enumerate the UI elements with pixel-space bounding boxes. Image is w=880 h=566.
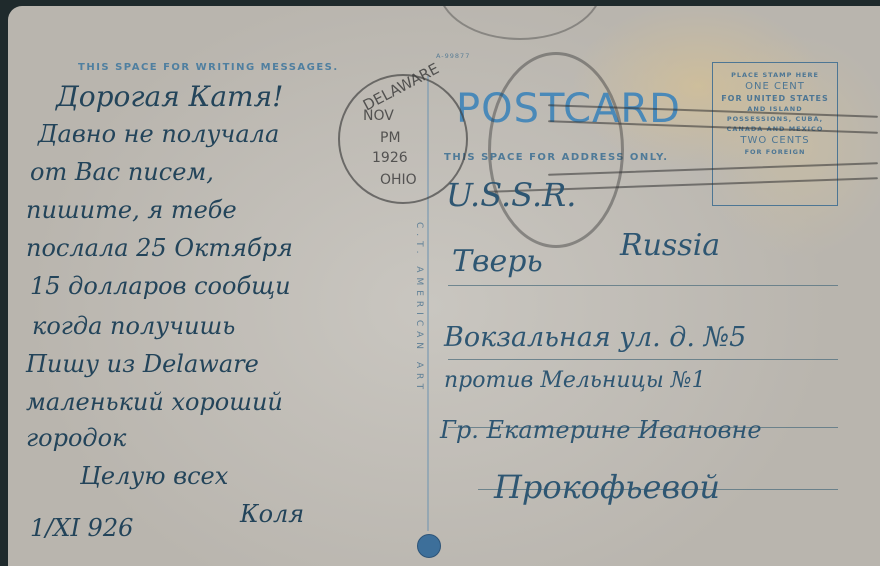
message-line: Дорогая Катя! — [56, 80, 283, 113]
postmark-state: OHIO — [380, 172, 417, 188]
message-line: Пишу из Delaware — [26, 350, 259, 378]
message-space-label: THIS SPACE FOR WRITING MESSAGES. — [78, 62, 339, 73]
address-line: Вокзальная ул. д. №5 — [444, 322, 746, 353]
stamp-box: PLACE STAMP HERE ONE CENT FOR UNITED STA… — [712, 62, 838, 206]
message-line: Давно не получала — [38, 120, 279, 148]
address-rule — [448, 359, 838, 360]
address-line: U.S.S.R. — [446, 176, 576, 214]
postmark-year: 1926 — [372, 150, 408, 166]
message-line: от Вас писем, — [30, 158, 214, 186]
message-line: пишите, я тебе — [26, 196, 237, 224]
address-line: против Мельницы №1 — [444, 368, 706, 393]
date-signature: 1/XI 926 — [30, 514, 133, 542]
publisher-logo-icon — [417, 534, 441, 558]
signature: Коля — [240, 500, 304, 528]
recipient-name: Гр. Екатерине Ивановне — [440, 416, 762, 444]
stamp-box-line: ONE CENT — [713, 81, 837, 92]
second-postmark — [488, 52, 624, 248]
address-rule — [448, 285, 838, 286]
address-line: Тверь — [452, 244, 543, 279]
message-line: маленький хороший — [26, 388, 283, 416]
message-line: когда получишь — [32, 312, 235, 340]
message-line: 15 долларов сообщи — [30, 272, 291, 300]
stamp-box-line: FOR UNITED STATES — [713, 94, 837, 103]
publisher-imprint: C.T. AMERICAN ART — [414, 222, 424, 394]
postmark-month: NOV — [363, 108, 394, 124]
top-postmark — [438, 6, 602, 40]
postmark-time: PM — [380, 130, 401, 146]
stamp-box-line: TWO CENTS — [713, 135, 837, 146]
message-line: городок — [26, 424, 126, 452]
stamp-box-line: FOR FOREIGN — [713, 148, 837, 156]
message-line: Целую всех — [80, 462, 228, 490]
address-line: Russia — [620, 228, 720, 263]
stamp-box-line: PLACE STAMP HERE — [713, 71, 837, 79]
stamp-box-line: POSSESSIONS, CUBA, — [713, 115, 837, 123]
postcard-back: THIS SPACE FOR WRITING MESSAGES. A-99877… — [8, 6, 880, 566]
message-line: послала 25 Октября — [26, 234, 293, 262]
recipient-surname: Прокофьевой — [494, 468, 720, 506]
